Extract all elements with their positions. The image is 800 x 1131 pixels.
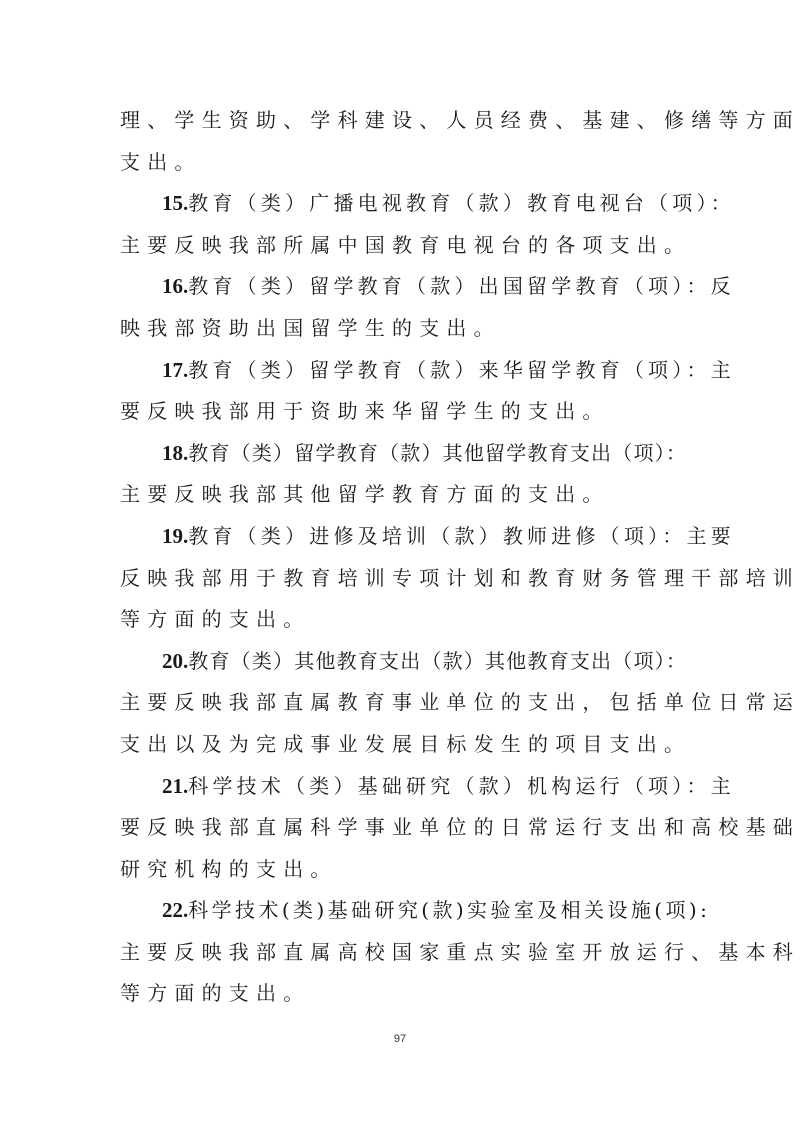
item-number: 20. [162, 649, 188, 673]
continuation-line: 支出。 [120, 142, 680, 184]
item-22-heading: 22.科学技术(类)基础研究(款)实验室及相关设施(项): [120, 890, 680, 932]
item-title: 科学技术（类）基础研究（款）机构运行（项）：主 [188, 774, 735, 798]
item-22-body: 等方面的支出。 [120, 973, 680, 1015]
item-22-body: 主要反映我部直属高校国家重点实验室开放运行、基本科研 [120, 932, 680, 974]
item-number: 22. [162, 898, 188, 922]
item-19-body: 等方面的支出。 [120, 599, 680, 641]
item-19-body: 反映我部用于教育培训专项计划和教育财务管理干部培训 [120, 558, 680, 600]
item-number: 19. [162, 524, 188, 548]
item-16-body: 映我部资助出国留学生的支出。 [120, 308, 680, 350]
item-title: 教育（类）留学教育（款）其他留学教育支出（项）： [188, 441, 687, 465]
item-number: 17. [162, 358, 188, 382]
item-title: 教育（类）留学教育（款）出国留学教育（项）：反 [188, 274, 735, 298]
item-title: 教育（类）其他教育支出（款）其他教育支出（项）： [188, 649, 687, 673]
item-title: 科学技术(类)基础研究(款)实验室及相关设施(项): [188, 898, 710, 922]
item-20-body: 主要反映我部直属教育事业单位的支出，包括单位日常运行 [120, 682, 680, 724]
item-17-heading: 17.教育（类）留学教育（款）来华留学教育（项）：主 [120, 350, 680, 392]
item-20-body: 支出以及为完成事业发展目标发生的项目支出。 [120, 724, 680, 766]
item-21-body: 研究机构的支出。 [120, 849, 680, 891]
item-21-heading: 21.科学技术（类）基础研究（款）机构运行（项）：主 [120, 766, 680, 808]
item-15-heading: 15.教育（类）广播电视教育（款）教育电视台（项）： [120, 183, 680, 225]
item-16-heading: 16.教育（类）留学教育（款）出国留学教育（项）：反 [120, 266, 680, 308]
item-number: 21. [162, 774, 188, 798]
item-20-heading: 20.教育（类）其他教育支出（款）其他教育支出（项）： [120, 641, 680, 683]
continuation-line: 理、学生资助、学科建设、人员经费、基建、修缮等方面的 [120, 100, 680, 142]
item-title: 教育（类）广播电视教育（款）教育电视台（项）： [188, 191, 735, 215]
item-21-body: 要反映我部直属科学事业单位的日常运行支出和高校基础 [120, 807, 680, 849]
item-19-heading: 19.教育（类）进修及培训（款）教师进修（项）：主要 [120, 516, 680, 558]
item-15-body: 主要反映我部所属中国教育电视台的各项支出。 [120, 225, 680, 267]
document-body: 理、学生资助、学科建设、人员经费、基建、修缮等方面的 支出。 15.教育（类）广… [120, 100, 680, 1015]
page-number: 97 [0, 1033, 800, 1045]
item-17-body: 要反映我部用于资助来华留学生的支出。 [120, 391, 680, 433]
item-number: 16. [162, 274, 188, 298]
item-title: 教育（类）进修及培训（款）教师进修（项）：主要 [188, 524, 735, 548]
item-title: 教育（类）留学教育（款）来华留学教育（项）：主 [188, 358, 735, 382]
item-number: 15. [162, 191, 188, 215]
item-18-heading: 18.教育（类）留学教育（款）其他留学教育支出（项）： [120, 433, 680, 475]
item-18-body: 主要反映我部其他留学教育方面的支出。 [120, 474, 680, 516]
item-number: 18. [162, 441, 188, 465]
